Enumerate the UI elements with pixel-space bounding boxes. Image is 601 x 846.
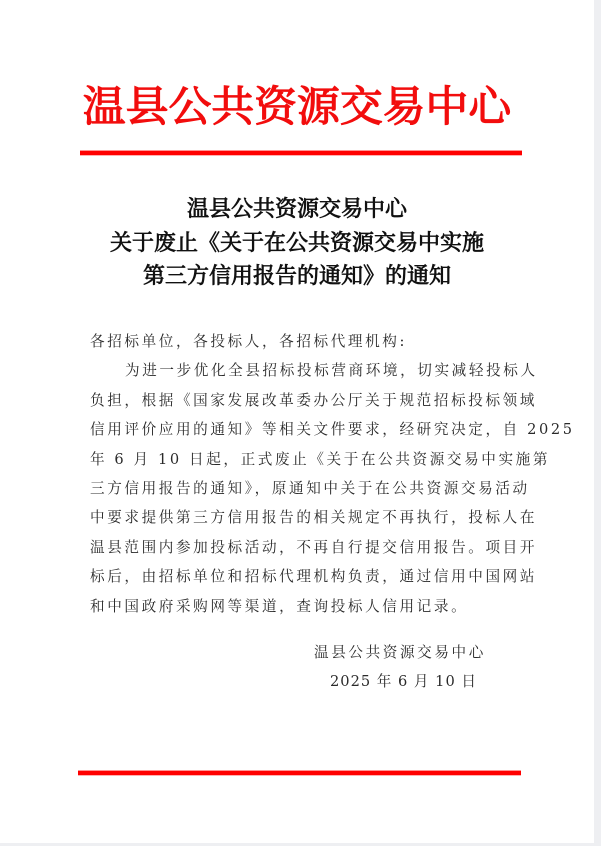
footer-red-rule — [78, 771, 521, 775]
title-line-3: 第三方信用报告的通知》的通知 — [0, 260, 594, 294]
body-line: 中要求提供第三方信用报告的相关规定不再执行，投标人在 — [90, 503, 510, 532]
letterhead-title: 温县公共资源交易中心 — [0, 82, 594, 132]
letterhead-red-rule — [80, 151, 522, 155]
title-line-2: 关于废止《关于在公共资源交易中实施 — [0, 227, 594, 261]
body-line: 三方信用报告的通知》，原通知中关于在公共资源交易活动 — [90, 474, 510, 503]
document-title: 温县公共资源交易中心 关于废止《关于在公共资源交易中实施 第三方信用报告的通知》… — [0, 193, 594, 294]
salutation: 各招标单位，各投标人，各招标代理机构: — [90, 327, 510, 356]
letterhead-org-name: 温县公共资源交易中心 — [83, 82, 511, 132]
body-line: 信用评价应用的通知》等相关文件要求，经研究决定，自 2025 — [90, 415, 510, 444]
body-line: 负担，根据《国家发展改革委办公厅关于规范招标投标领域 — [90, 386, 510, 415]
body-line: 标后，由招标单位和招标代理机构负责，通过信用中国网站 — [90, 562, 510, 591]
body-line: 温县范围内参加投标活动，不再自行提交信用报告。项目开 — [90, 533, 510, 562]
title-line-1: 温县公共资源交易中心 — [0, 193, 594, 227]
document-page: 温县公共资源交易中心 温县公共资源交易中心 关于废止《关于在公共资源交易中实施 … — [0, 0, 594, 843]
signature-date: 2025 年 6 月 10 日 — [300, 667, 500, 696]
document-body: 各招标单位，各投标人，各招标代理机构: 为进一步优化全县招标投标营商环境，切实减… — [90, 327, 510, 621]
body-line: 和中国政府采购网等渠道，查询投标人信用记录。 — [90, 592, 510, 621]
signature-org: 温县公共资源交易中心 — [300, 638, 500, 667]
signature-block: 温县公共资源交易中心 2025 年 6 月 10 日 — [300, 638, 500, 697]
body-line: 年 6 月 10 日起，正式废止《关于在公共资源交易中实施第 — [90, 445, 510, 474]
body-line: 为进一步优化全县招标投标营商环境，切实减轻投标人 — [90, 356, 510, 385]
